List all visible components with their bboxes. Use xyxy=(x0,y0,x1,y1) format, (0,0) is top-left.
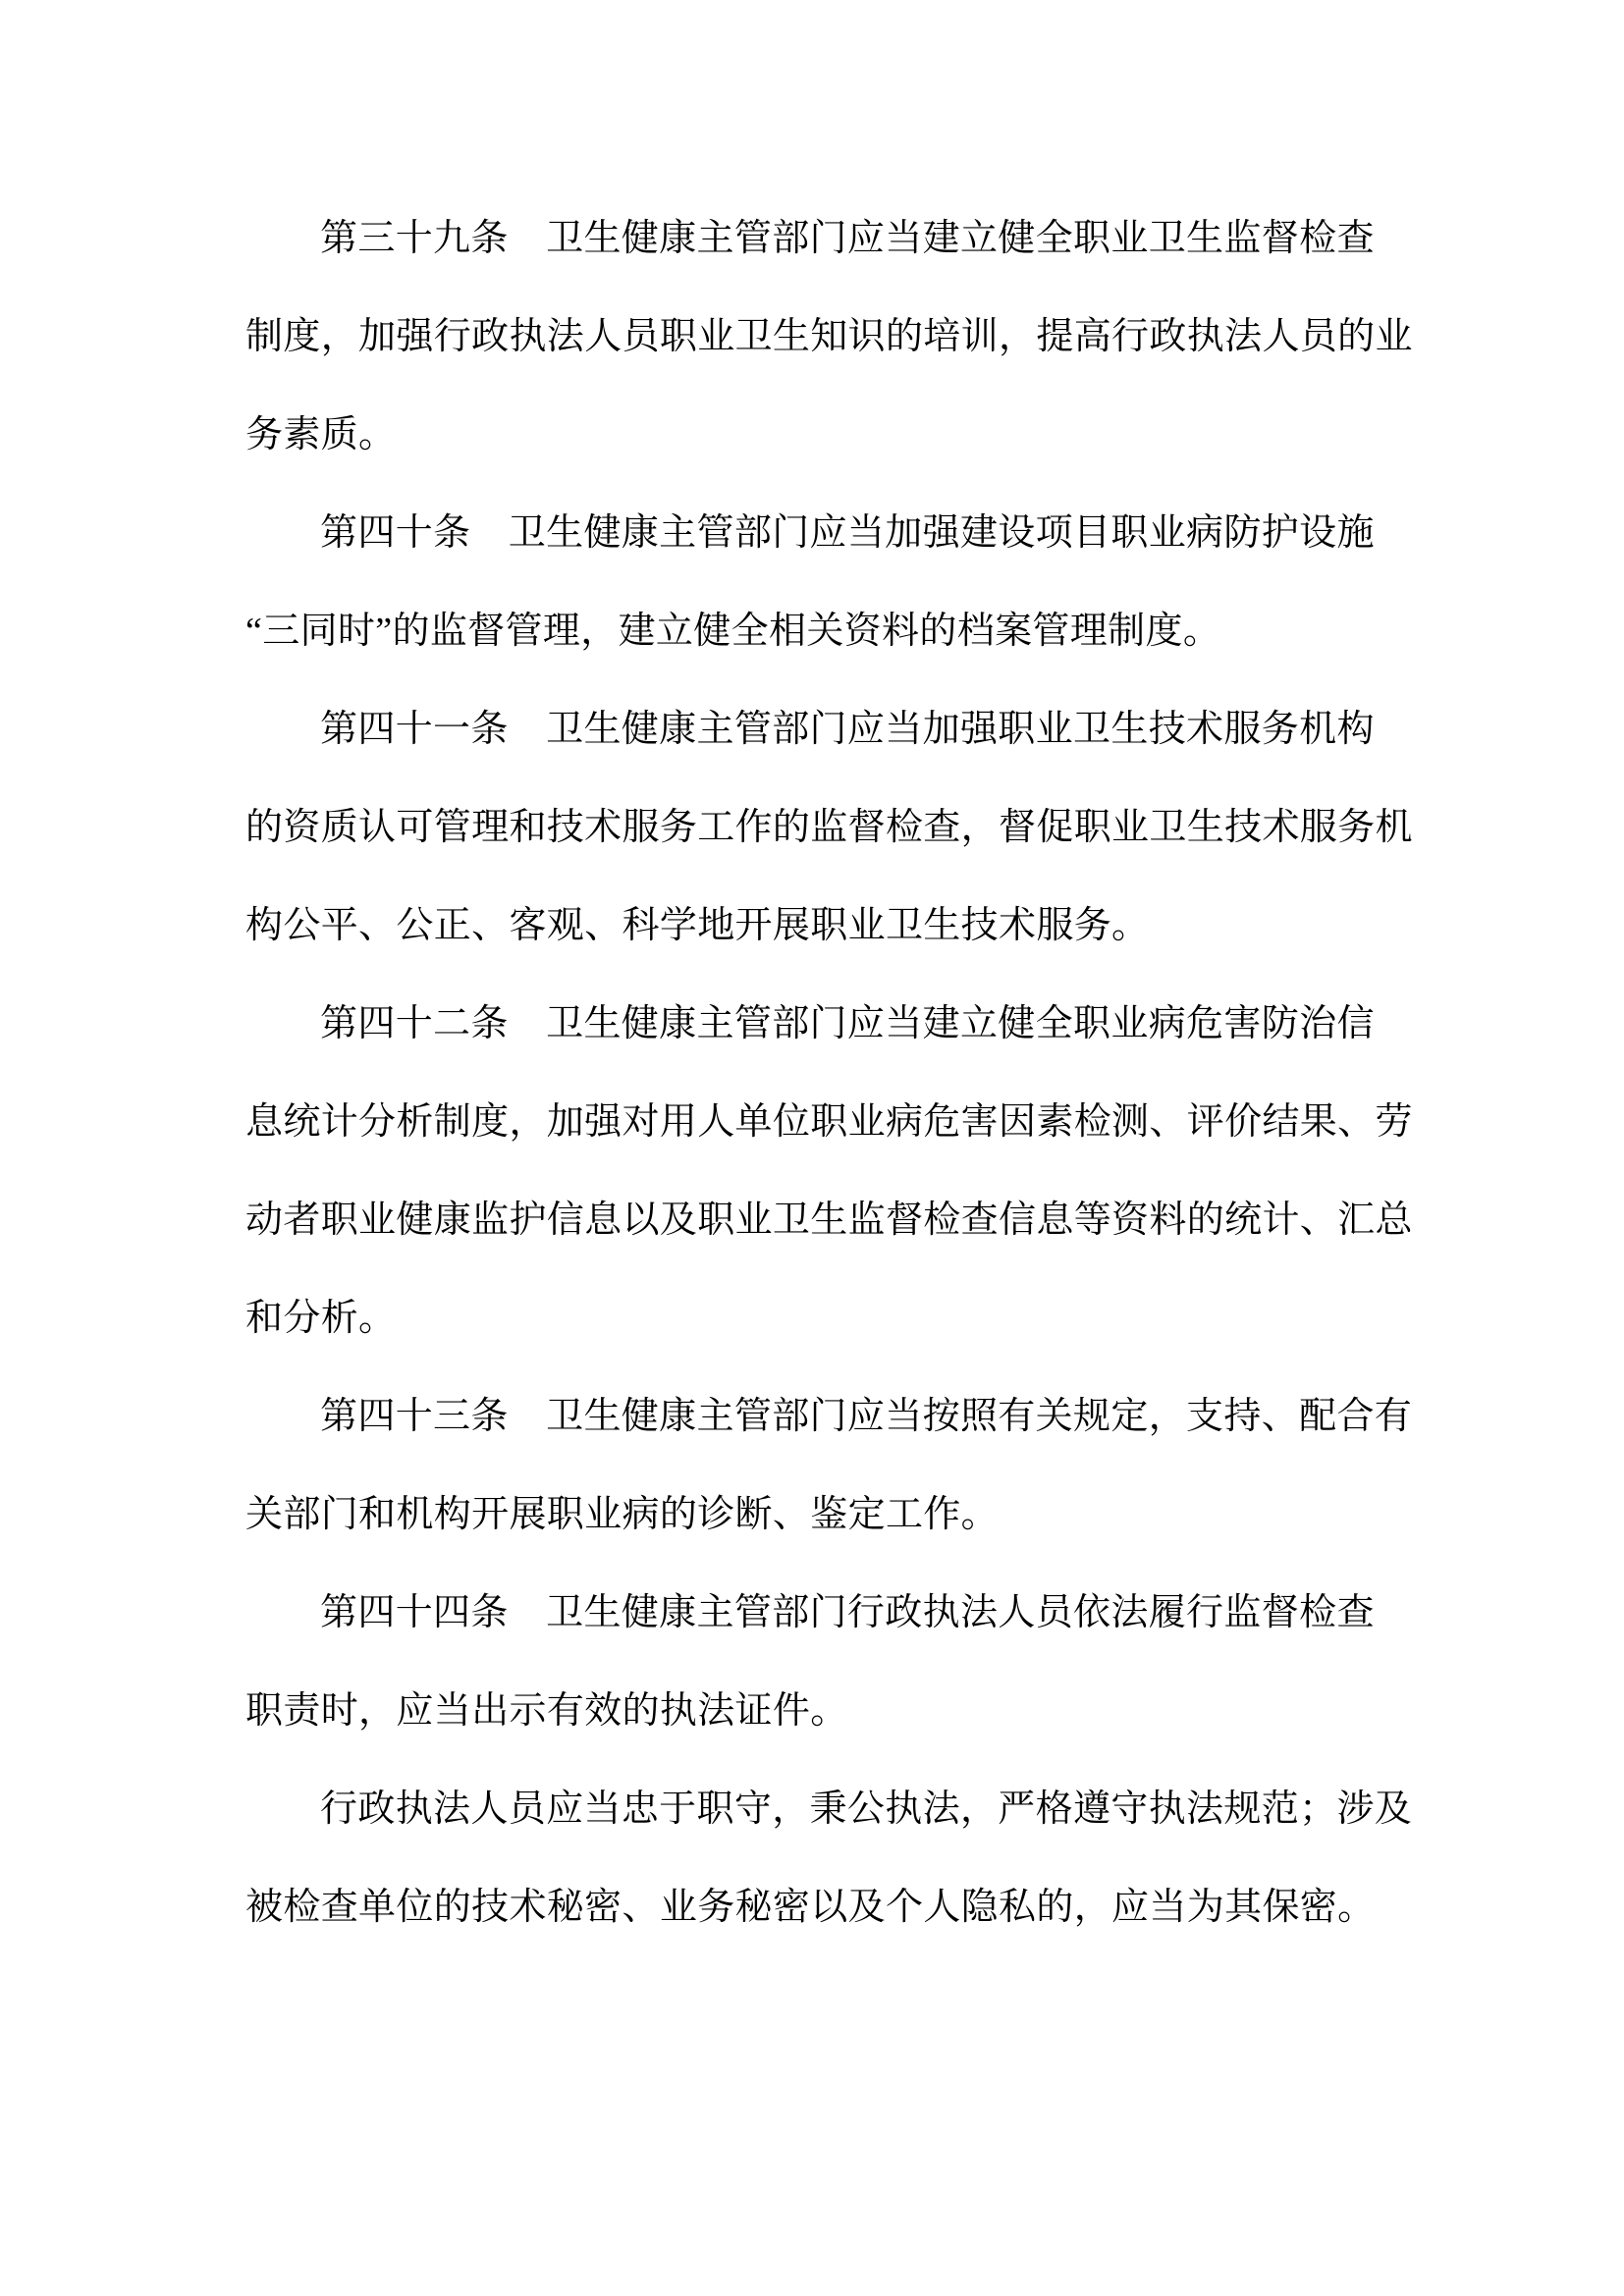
text-line: 第三十九条 卫生健康主管部门应当建立健全职业卫生监督检查 xyxy=(245,189,1384,288)
article-44-paragraph-2: 行政执法人员应当忠于职守，秉公执法，严格遵守执法规范；涉及被检查单位的技术秘密、… xyxy=(245,1760,1384,1956)
article-39: 第三十九条 卫生健康主管部门应当建立健全职业卫生监督检查制度，加强行政执法人员职… xyxy=(245,189,1384,484)
article-44: 第四十四条 卫生健康主管部门行政执法人员依法履行监督检查职责时，应当出示有效的执… xyxy=(245,1564,1384,1760)
text-line: 制度，加强行政执法人员职业卫生知识的培训，提高行政执法人员的业 xyxy=(245,288,1384,386)
article-43: 第四十三条 卫生健康主管部门应当按照有关规定，支持、配合有关部门和机构开展职业病… xyxy=(245,1367,1384,1564)
text-line: 第四十四条 卫生健康主管部门行政执法人员依法履行监督检查 xyxy=(245,1564,1384,1662)
text-line: 和分析。 xyxy=(245,1269,1384,1367)
text-line: 第四十二条 卫生健康主管部门应当建立健全职业病危害防治信 xyxy=(245,975,1384,1073)
text-line: 被检查单位的技术秘密、业务秘密以及个人隐私的，应当为其保密。 xyxy=(245,1858,1384,1956)
text-line: “三同时”的监督管理，建立健全相关资料的档案管理制度。 xyxy=(245,582,1384,680)
text-line: 动者职业健康监护信息以及职业卫生监督检查信息等资料的统计、汇总 xyxy=(245,1171,1384,1269)
text-line: 息统计分析制度，加强对用人单位职业病危害因素检测、评价结果、劳 xyxy=(245,1073,1384,1171)
article-41: 第四十一条 卫生健康主管部门应当加强职业卫生技术服务机构的资质认可管理和技术服务… xyxy=(245,680,1384,975)
document-page: 第三十九条 卫生健康主管部门应当建立健全职业卫生监督检查制度，加强行政执法人员职… xyxy=(0,0,1624,2296)
text-line: 行政执法人员应当忠于职守，秉公执法，严格遵守执法规范；涉及 xyxy=(245,1760,1384,1858)
text-line: 构公平、公正、客观、科学地开展职业卫生技术服务。 xyxy=(245,877,1384,975)
text-line: 务素质。 xyxy=(245,386,1384,484)
article-40: 第四十条 卫生健康主管部门应当加强建设项目职业病防护设施“三同时”的监督管理，建… xyxy=(245,484,1384,680)
text-line: 关部门和机构开展职业病的诊断、鉴定工作。 xyxy=(245,1466,1384,1564)
text-line: 第四十三条 卫生健康主管部门应当按照有关规定，支持、配合有 xyxy=(245,1367,1384,1466)
text-line: 第四十条 卫生健康主管部门应当加强建设项目职业病防护设施 xyxy=(245,484,1384,582)
text-line: 的资质认可管理和技术服务工作的监督检查，督促职业卫生技术服务机 xyxy=(245,778,1384,877)
document-body: 第三十九条 卫生健康主管部门应当建立健全职业卫生监督检查制度，加强行政执法人员职… xyxy=(245,189,1384,1956)
article-42: 第四十二条 卫生健康主管部门应当建立健全职业病危害防治信息统计分析制度，加强对用… xyxy=(245,975,1384,1367)
text-line: 职责时，应当出示有效的执法证件。 xyxy=(245,1662,1384,1760)
text-line: 第四十一条 卫生健康主管部门应当加强职业卫生技术服务机构 xyxy=(245,680,1384,778)
